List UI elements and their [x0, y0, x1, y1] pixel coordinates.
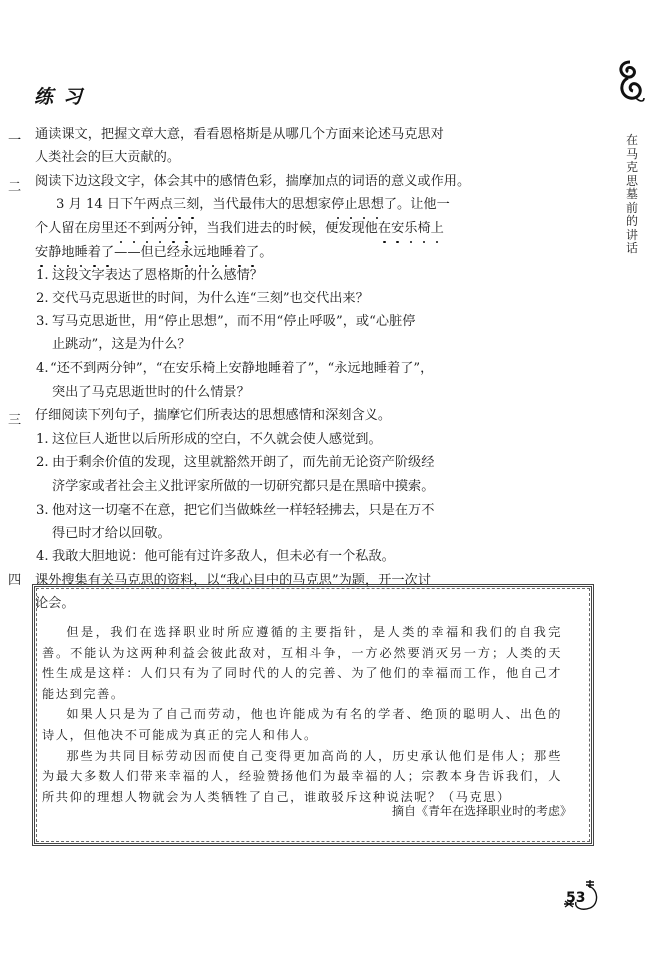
sub-question-text: 我敢大胆地说：他可能有过许多敌人，但未必有一个私敌。: [52, 546, 395, 568]
exercise-marker: 三: [8, 410, 21, 432]
sub-question-text: 济学家或者社会主义批评家所做的一切研究都只是在黑暗中摸索。: [52, 476, 434, 498]
section-title: 练习: [34, 82, 92, 109]
exercise-text: 通读课文，把握文章大意，看看恩格斯是从哪几个方面来论述马克思对: [35, 124, 444, 146]
exercise-text: 仔细阅读下列句子，揣摩它们所表达的思想感情和深刻含义。: [35, 405, 391, 427]
exercise-marker: 四: [8, 570, 21, 592]
sub-question-text: 交代马克思逝世的时间，为什么连“三刻”也交代出来？: [52, 288, 369, 310]
textbook-page: 在马克思墓前的讲话 练习 一 通读课文，把握文章大意，看看恩格斯是从哪几个方面来…: [0, 0, 650, 972]
passage-text: 3 月 14 日下午: [56, 197, 147, 212]
quote-paragraph: 但是，我们在选择职业时所应遵循的主要指针，是人类的幸福和我们的自我完善。不能认为…: [42, 622, 562, 704]
sub-question-text: “还不到两分钟”，“在安乐椅上安静地睡着了”，“永远地睡着了”，: [50, 358, 433, 380]
sub-question-text: 由于剩余价值的发现，这里就豁然开朗了，而先前无论资产阶级经: [52, 452, 434, 474]
sub-question-text: 这段文字表达了恩格斯的什么感情？: [52, 265, 263, 287]
running-title: 在马克思墓前的讲话: [624, 134, 640, 256]
quote-paragraph: 那些为共同目标劳动因而使自己变得更加高尚的人，历史承认他们是伟人；那些为最大多数…: [42, 746, 562, 808]
sub-question-text: 写马克思逝世，用“停止思想”，而不用“停止呼吸”，或“心脏停: [52, 311, 415, 333]
sub-question-number: 3.: [36, 500, 49, 522]
sub-question-number: 3.: [36, 311, 49, 333]
sub-question-number: 1.: [36, 429, 49, 451]
quote-paragraph: 如果人只是为了自己而劳动，他也许能成为有名的学者、绝顶的聪明人、出色的诗人，但他…: [42, 704, 562, 745]
exercise-marker: 二: [8, 176, 21, 195]
exercise-text: 人类社会的巨大贡献的。: [35, 147, 180, 169]
passage-line: 个人留在房里还不到两分钟，当我们进去的时候，便发现他在安乐椅上: [35, 218, 444, 240]
sub-question-number: 2.: [36, 452, 49, 474]
exercise-marker: 一: [8, 129, 21, 148]
sub-question-text: 突出了马克思逝世时的什么情景？: [52, 382, 250, 404]
passage-line: 安静地睡着了——但已经永远地睡着了。: [35, 242, 272, 264]
sub-question-text: 止跳动”，这是为什么？: [52, 334, 191, 356]
scroll-ornament-icon: [616, 58, 646, 104]
sub-question-text: 这位巨人逝世以后所形成的空白，不久就会使人感觉到。: [52, 429, 382, 451]
page-number: 53: [566, 890, 585, 906]
passage-line: 3 月 14 日下午两点三刻，当代最伟大的思想家停止思想了。让他一: [56, 194, 450, 216]
sub-question-number: 2.: [36, 288, 49, 310]
exercise-text: 阅读下边这段文字，体会其中的感情色彩，揣摩加点的词语的意义或作用。: [35, 171, 470, 193]
sub-question-text: 他对这一切毫不在意，把它们当做蛛丝一样轻轻拂去，只是在万不: [52, 500, 434, 522]
sub-question-text: 得已时才给以回敬。: [52, 523, 171, 545]
sub-question-number: 4.: [36, 358, 49, 380]
quote-source: 摘自《青年在选择职业时的考虑》: [392, 802, 572, 819]
quote-body: 但是，我们在选择职业时所应遵循的主要指针，是人类的幸福和我们的自我完善。不能认为…: [42, 622, 562, 807]
sub-question-number: 1.: [36, 265, 49, 287]
sub-question-number: 4.: [36, 546, 49, 568]
